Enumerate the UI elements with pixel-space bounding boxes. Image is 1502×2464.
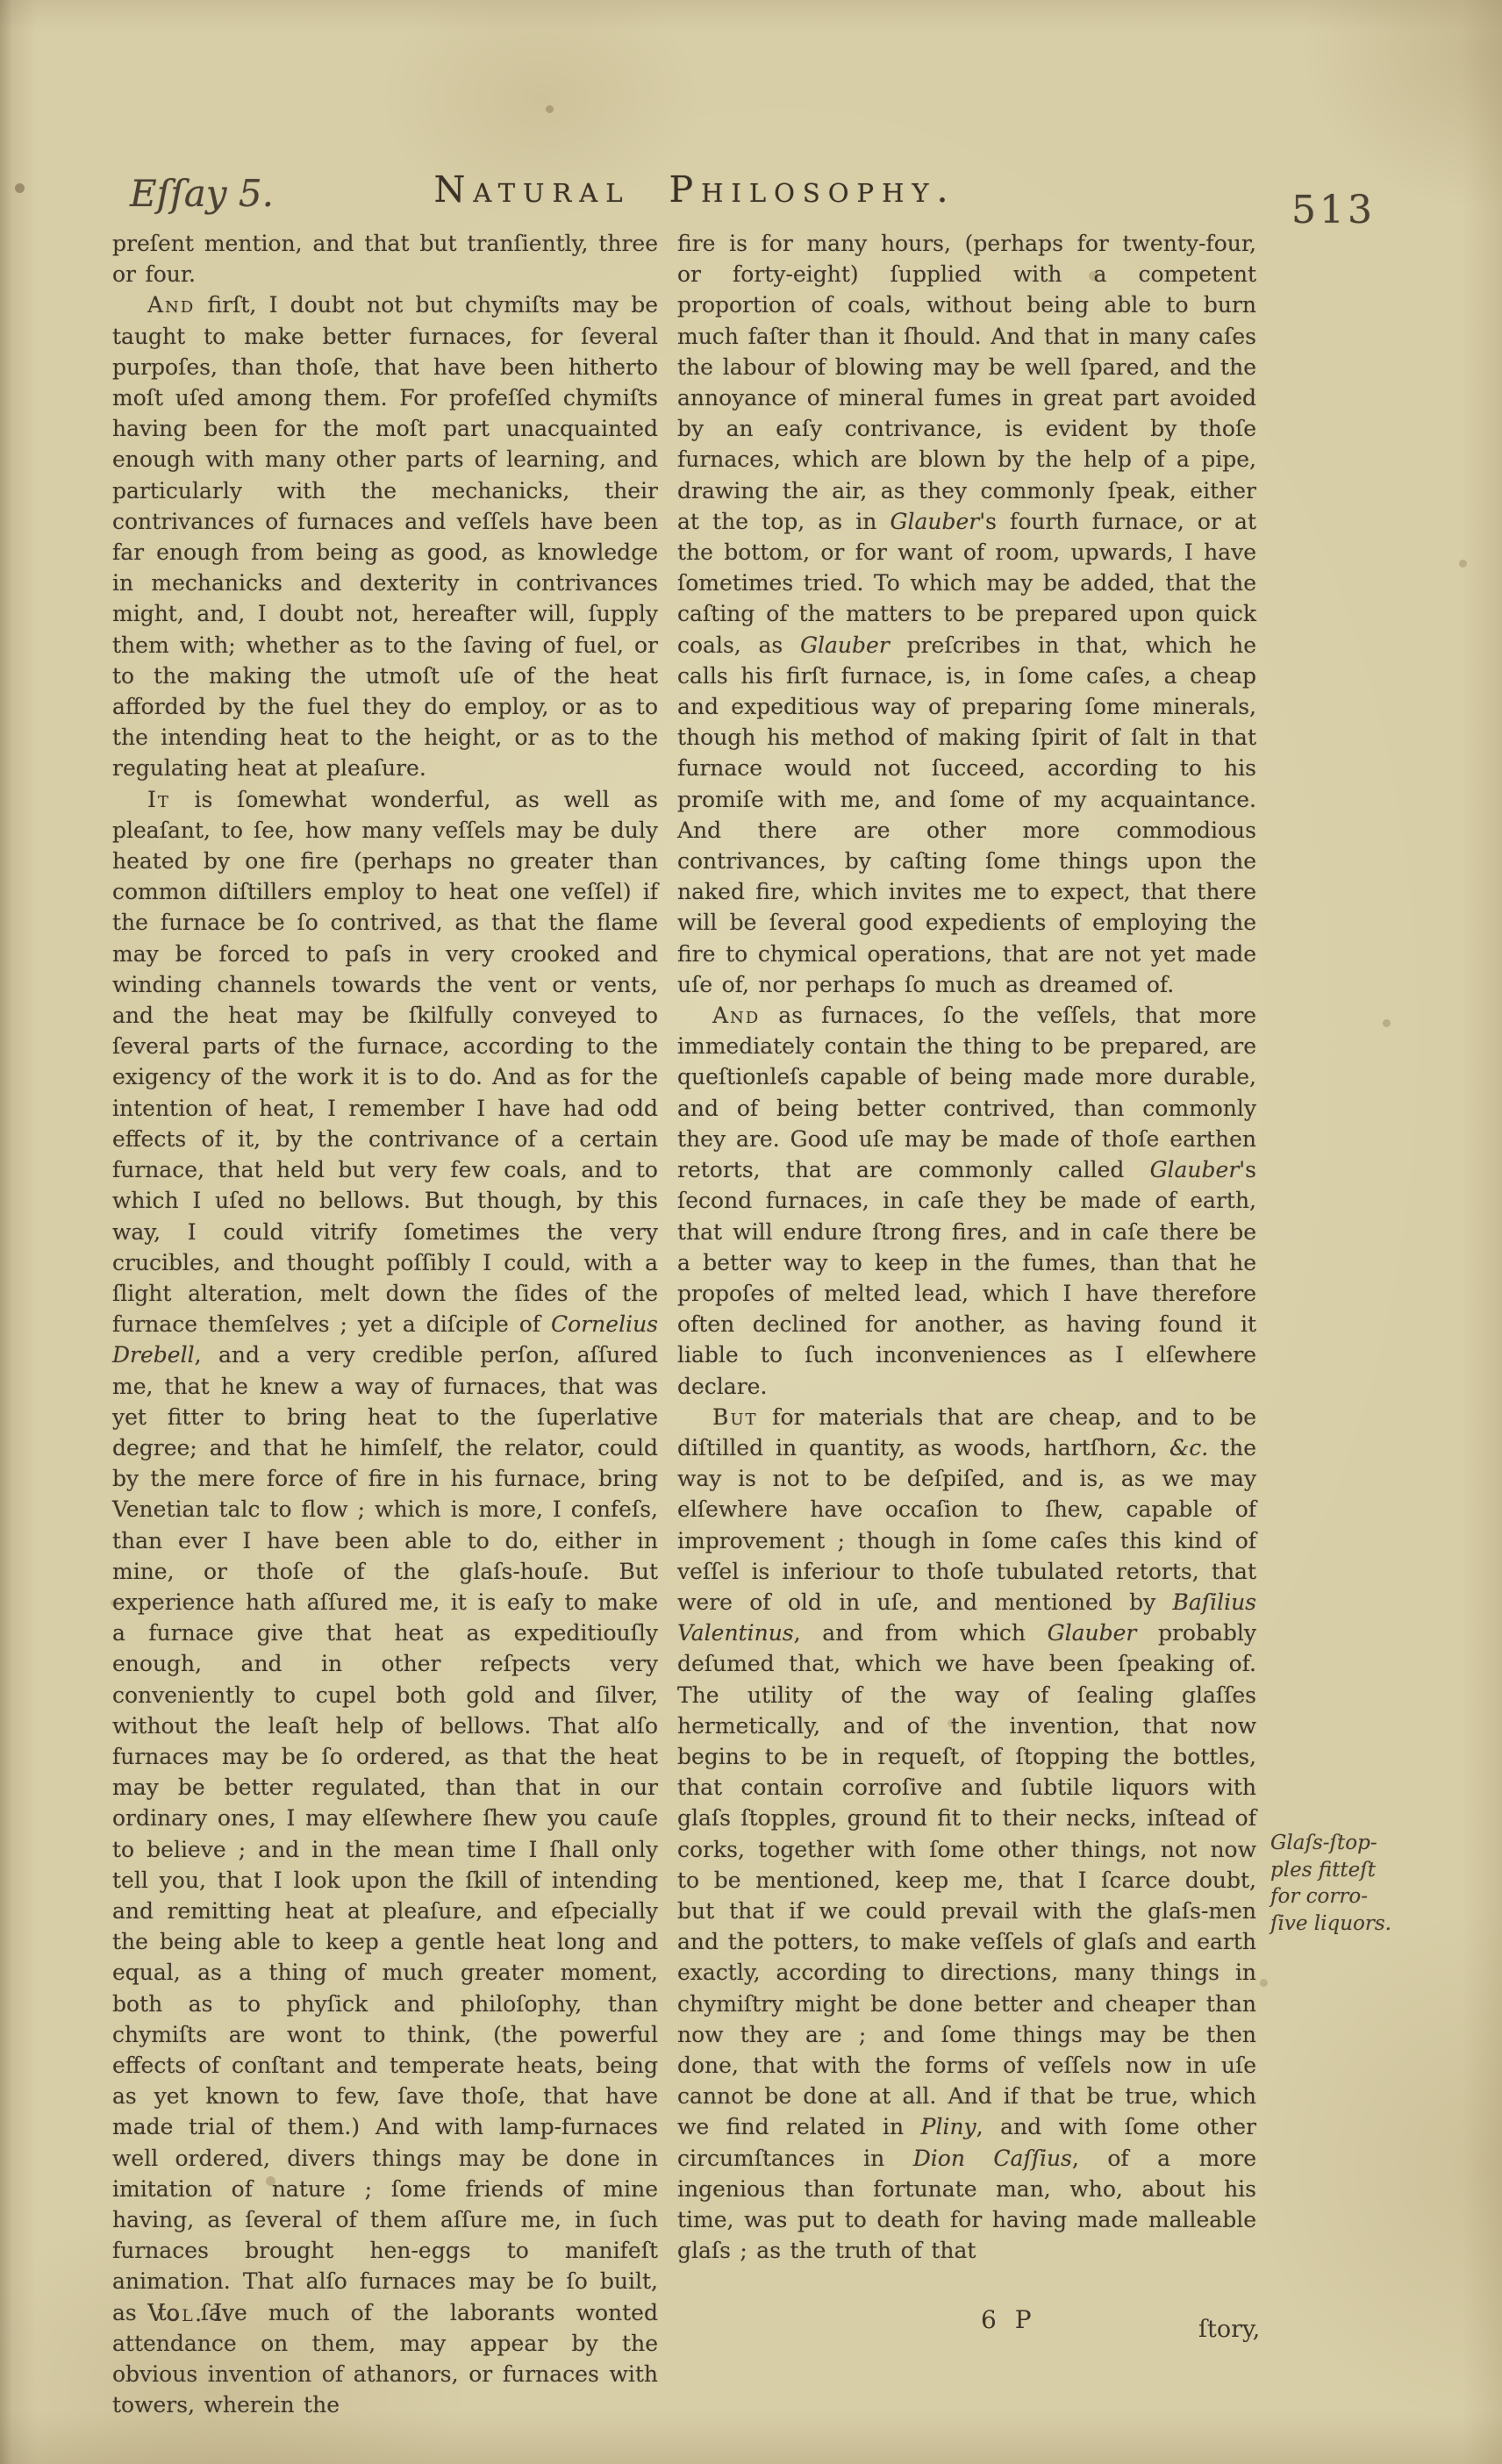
essay-number-label: Eſſay 5. <box>130 172 274 215</box>
text-run: And <box>712 1003 760 1028</box>
book-page-scan: { "colors": { "paper": "#d7cda6", "ink":… <box>0 0 1502 2464</box>
page-title: Natural Philosophy. <box>433 168 955 211</box>
margin-note-line: ples fitteſt <box>1270 1857 1463 1884</box>
text-run: 's ſecond furnaces, in caſe they be made… <box>677 1157 1256 1398</box>
text-run: Dion Caſſius <box>913 2146 1072 2171</box>
volume-signature: Vol. I. <box>147 2300 233 2327</box>
paragraph: preſent mention, and that but tranſientl… <box>112 228 658 289</box>
page-number: 513 <box>1291 188 1376 232</box>
text-run: Glauber <box>800 632 890 658</box>
margin-note-line: ſive liquors. <box>1270 1910 1463 1938</box>
margin-note: Glaſs-ſtop-ples fitteſtfor corro-ſive li… <box>1270 1830 1463 1937</box>
text-run: Glauber <box>890 509 979 534</box>
right-column-text: fire is for many hours, (perhaps for twe… <box>677 228 1256 2266</box>
paragraph: And as furnaces, ſo the veſſels, that mo… <box>677 1000 1256 1402</box>
paragraph: But for materials that are cheap, and to… <box>677 1402 1256 2267</box>
text-run: as furnaces, ſo the veſſels, that more i… <box>677 1003 1256 1182</box>
text-run: But <box>712 1404 758 1430</box>
margin-note-line: Glaſs-ſtop- <box>1270 1830 1463 1857</box>
press-signature: 6 P <box>981 2305 1037 2334</box>
paragraph: It is ſomewhat wonderful, as well as ple… <box>112 784 658 2421</box>
text-run: probably deſumed that, which we have bee… <box>677 1620 1256 2139</box>
text-run: , and from which <box>794 1620 1048 1646</box>
margin-note-line: for corro- <box>1270 1883 1463 1910</box>
paragraph: fire is for many hours, (perhaps for twe… <box>677 228 1256 1000</box>
catchword: ſtory, <box>1198 2316 1260 2343</box>
text-run: firſt, I doubt not but chymiſts may be t… <box>112 292 658 781</box>
text-run: preſcribes in that, which he calls his f… <box>677 632 1256 997</box>
text-run: , and a very credible perſon, aſſured me… <box>112 1342 658 2418</box>
text-run: And <box>147 292 195 318</box>
text-run: Pliny <box>921 2114 976 2139</box>
paragraph: And firſt, I doubt not but chymiſts may … <box>112 289 658 783</box>
text-run: &c. <box>1169 1435 1208 1461</box>
text-run: Glauber <box>1048 1620 1137 1646</box>
text-run: Glauber <box>1150 1157 1240 1182</box>
text-run: preſent mention, and that but tranſientl… <box>112 231 658 287</box>
text-run: is ſomewhat wonderful, as well as pleaſa… <box>112 787 658 1337</box>
text-run: It <box>147 787 170 812</box>
left-column-text: preſent mention, and that but tranſientl… <box>112 228 658 2420</box>
text-run: the way is not to be deſpiſed, and is, a… <box>677 1435 1256 1615</box>
text-run: fire is for many hours, (perhaps for twe… <box>677 231 1256 534</box>
